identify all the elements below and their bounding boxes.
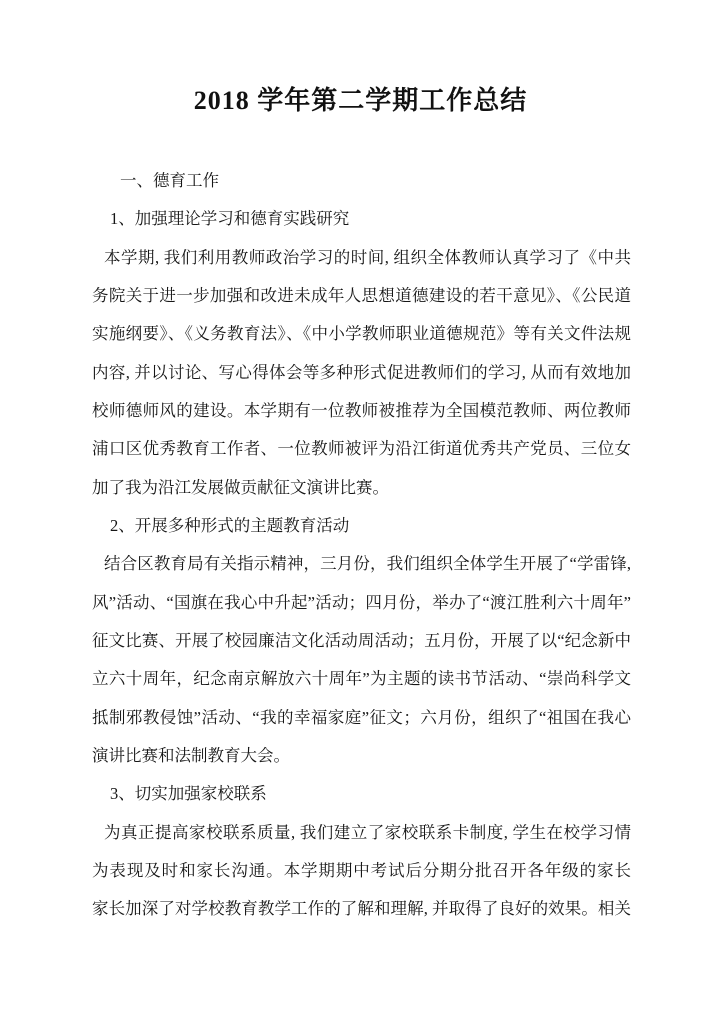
text-line: 本学期, 我们利用教师政治学习的时间, 组织全体教师认真学习了《中共中央国 — [92, 239, 631, 277]
text-line: 家长加深了对学校教育教学工作的了解和理解, 并取得了良好的效果。相关专题： — [92, 890, 631, 928]
text-line: 征文比赛、开展了校园廉洁文化活动周活动；五月份，开展了以“纪念新中国成 — [92, 622, 631, 660]
document-body: 一、德育工作1、加强理论学习和德育实践研究本学期, 我们利用教师政治学习的时间,… — [92, 162, 631, 929]
text-line: 务院关于进一步加强和改进未成年人思想道德建设的若干意见》、《公民道德建设 — [92, 277, 631, 315]
text-line: 一、德育工作 — [92, 162, 631, 200]
text-line: 抵制邪教侵蚀”活动、“我的幸福家庭”征文；六月份，组织了“祖国在我心中” — [92, 699, 631, 737]
text-line: 为真正提高家校联系质量, 我们建立了家校联系卡制度, 学生在校学习情况及行 — [92, 814, 631, 852]
text-line: 风”活动、“国旗在我心中升起”活动；四月份，举办了“渡江胜利六十周年” — [92, 584, 631, 622]
text-line: 2、开展多种形式的主题教育活动 — [92, 507, 631, 545]
text-line: 结合区教育局有关指示精神，三月份，我们组织全体学生开展了“学雷锋,树新 — [92, 545, 631, 583]
document-title: 2018 学年第二学期工作总结 — [0, 80, 721, 117]
text-line: 浦口区优秀教育工作者、一位教师被评为沿江街道优秀共产党员、三位女教师参 — [92, 430, 631, 468]
text-line: 为表现及时和家长沟通。本学期期中考试后分期分批召开各年级的家长会，广大 — [92, 852, 631, 890]
document-page: 2018 学年第二学期工作总结 一、德育工作1、加强理论学习和德育实践研究本学期… — [0, 0, 721, 1020]
text-line: 1、加强理论学习和德育实践研究 — [92, 200, 631, 238]
text-line: 实施纲要》、《义务教育法》、《中小学教师职业道德规范》等有关文件法规的重要 — [92, 315, 631, 353]
text-line: 立六十周年，纪念南京解放六十周年”为主题的读书节活动、“崇尚科学文明， — [92, 660, 631, 698]
text-line: 加了我为沿江发展做贡献征文演讲比赛。 — [92, 469, 631, 507]
text-line: 3、切实加强家校联系 — [92, 775, 631, 813]
text-line: 演讲比赛和法制教育大会。 — [92, 737, 631, 775]
text-line: 校师德师风的建设。本学期有一位教师被推荐为全国模范教师、两位教师被评为 — [92, 392, 631, 430]
text-line: 内容, 并以讨论、写心得体会等多种形式促进教师们的学习, 从而有效地加强了我 — [92, 354, 631, 392]
